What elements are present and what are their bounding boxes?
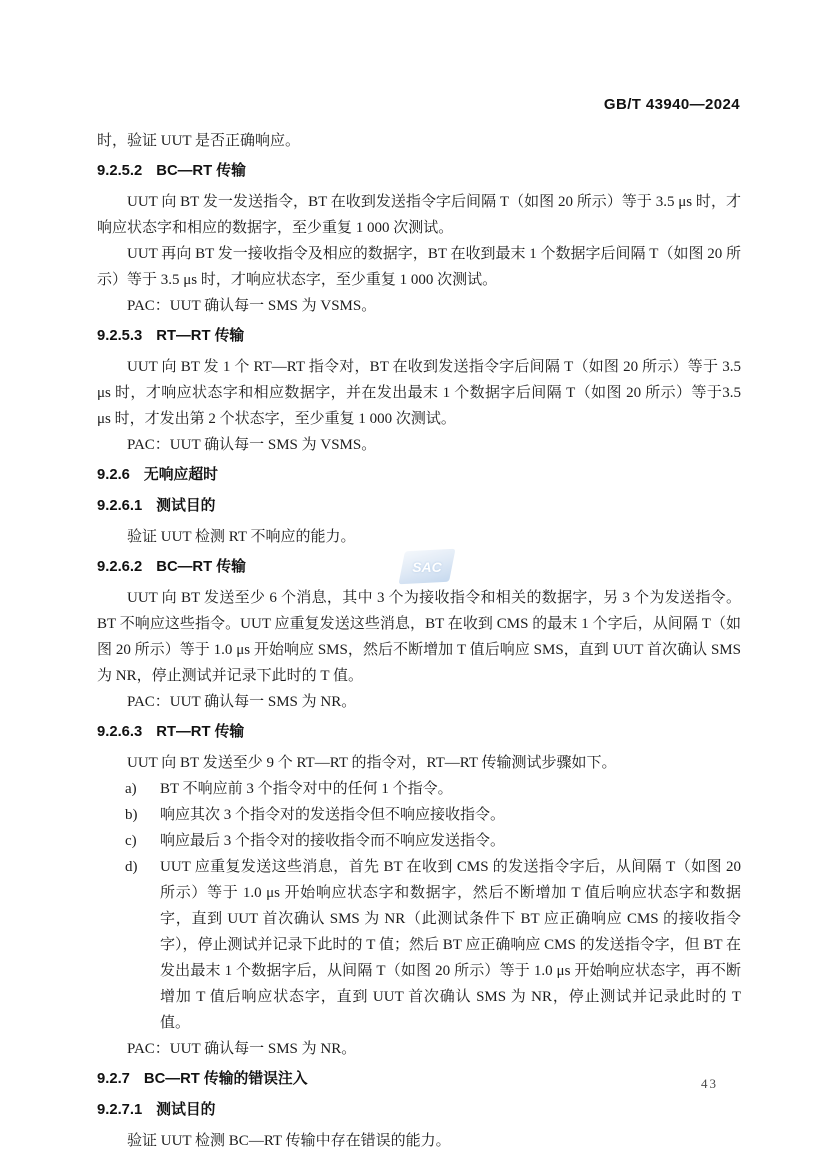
pac-line: PAC：UUT 确认每一 SMS 为 VSMS。	[97, 293, 741, 319]
section-title: 测试目的	[156, 498, 215, 514]
list-item-text: 响应最后 3 个指令对的接收指令而不响应发送指令。	[160, 833, 505, 849]
section-number: 9.2.6.3	[97, 724, 142, 740]
section-number: 9.2.7.1	[97, 1102, 142, 1118]
paragraph: UUT 向 BT 发一发送指令，BT 在收到发送指令字后间隔 T（如图 20 所…	[97, 189, 741, 241]
list-marker: a)	[125, 776, 137, 802]
section-number: 9.2.6	[97, 467, 130, 483]
section-title: BC—RT 传输的错误注入	[144, 1071, 308, 1087]
section-title: BC—RT 传输	[156, 163, 246, 179]
section-number: 9.2.5.3	[97, 328, 142, 344]
page-number: 43	[701, 1076, 718, 1092]
heading-9-2-5-2: 9.2.5.2BC—RT 传输	[97, 158, 741, 184]
list-marker: d)	[125, 854, 138, 880]
section-number: 9.2.6.2	[97, 559, 142, 575]
list-item: c)响应最后 3 个指令对的接收指令而不响应发送指令。	[97, 828, 741, 854]
list-item-text: BT 不响应前 3 个指令对中的任何 1 个指令。	[160, 781, 453, 797]
heading-9-2-6-3: 9.2.6.3RT—RT 传输	[97, 719, 741, 745]
document-page: GB/T 43940—2024 SAC 时，验证 UUT 是否正确响应。 9.2…	[0, 0, 827, 1170]
paragraph: UUT 向 BT 发 1 个 RT—RT 指令对，BT 在收到发送指令字后间隔 …	[97, 354, 741, 432]
section-title: RT—RT 传输	[156, 328, 244, 344]
doc-number: GB/T 43940—2024	[604, 96, 740, 113]
section-title: 无响应超时	[144, 467, 218, 483]
list-item: b)响应其次 3 个指令对的发送指令但不响应接收指令。	[97, 802, 741, 828]
heading-9-2-7-1: 9.2.7.1测试目的	[97, 1097, 741, 1123]
paragraph: UUT 再向 BT 发一接收指令及相应的数据字，BT 在收到最末 1 个数据字后…	[97, 241, 741, 293]
heading-9-2-6-1: 9.2.6.1测试目的	[97, 493, 741, 519]
list-item-text: UUT 应重复发送这些消息，首先 BT 在收到 CMS 的发送指令字后，从间隔 …	[160, 859, 741, 1031]
pac-line: PAC：UUT 确认每一 SMS 为 NR。	[97, 1036, 741, 1062]
list-item: a)BT 不响应前 3 个指令对中的任何 1 个指令。	[97, 776, 741, 802]
list-item-text: 响应其次 3 个指令对的发送指令但不响应接收指令。	[160, 807, 505, 823]
paragraph: UUT 向 BT 发送至少 6 个消息，其中 3 个为接收指令和相关的数据字，另…	[97, 585, 741, 689]
section-title: BC—RT 传输	[156, 559, 246, 575]
paragraph: UUT 向 BT 发送至少 9 个 RT—RT 的指令对，RT—RT 传输测试步…	[97, 750, 741, 776]
pac-line: PAC：UUT 确认每一 SMS 为 VSMS。	[97, 432, 741, 458]
section-number: 9.2.6.1	[97, 498, 142, 514]
section-title: 测试目的	[156, 1102, 215, 1118]
section-number: 9.2.5.2	[97, 163, 142, 179]
paragraph: 验证 UUT 检测 BC—RT 传输中存在错误的能力。	[97, 1128, 741, 1154]
list-item: d)UUT 应重复发送这些消息，首先 BT 在收到 CMS 的发送指令字后，从间…	[97, 854, 741, 1036]
heading-9-2-5-3: 9.2.5.3RT—RT 传输	[97, 323, 741, 349]
continuation-paragraph: 时，验证 UUT 是否正确响应。	[97, 128, 741, 154]
section-title: RT—RT 传输	[156, 724, 244, 740]
list-marker: c)	[125, 828, 137, 854]
pac-line: PAC：UUT 确认每一 SMS 为 NR。	[97, 689, 741, 715]
section-number: 9.2.7	[97, 1071, 130, 1087]
heading-9-2-7: 9.2.7BC—RT 传输的错误注入	[97, 1066, 741, 1092]
heading-9-2-6: 9.2.6无响应超时	[97, 462, 741, 488]
heading-9-2-6-2: 9.2.6.2BC—RT 传输	[97, 554, 741, 580]
document-body: 时，验证 UUT 是否正确响应。 9.2.5.2BC—RT 传输 UUT 向 B…	[97, 128, 741, 1154]
paragraph: 验证 UUT 检测 RT 不响应的能力。	[97, 524, 741, 550]
list-marker: b)	[125, 802, 138, 828]
